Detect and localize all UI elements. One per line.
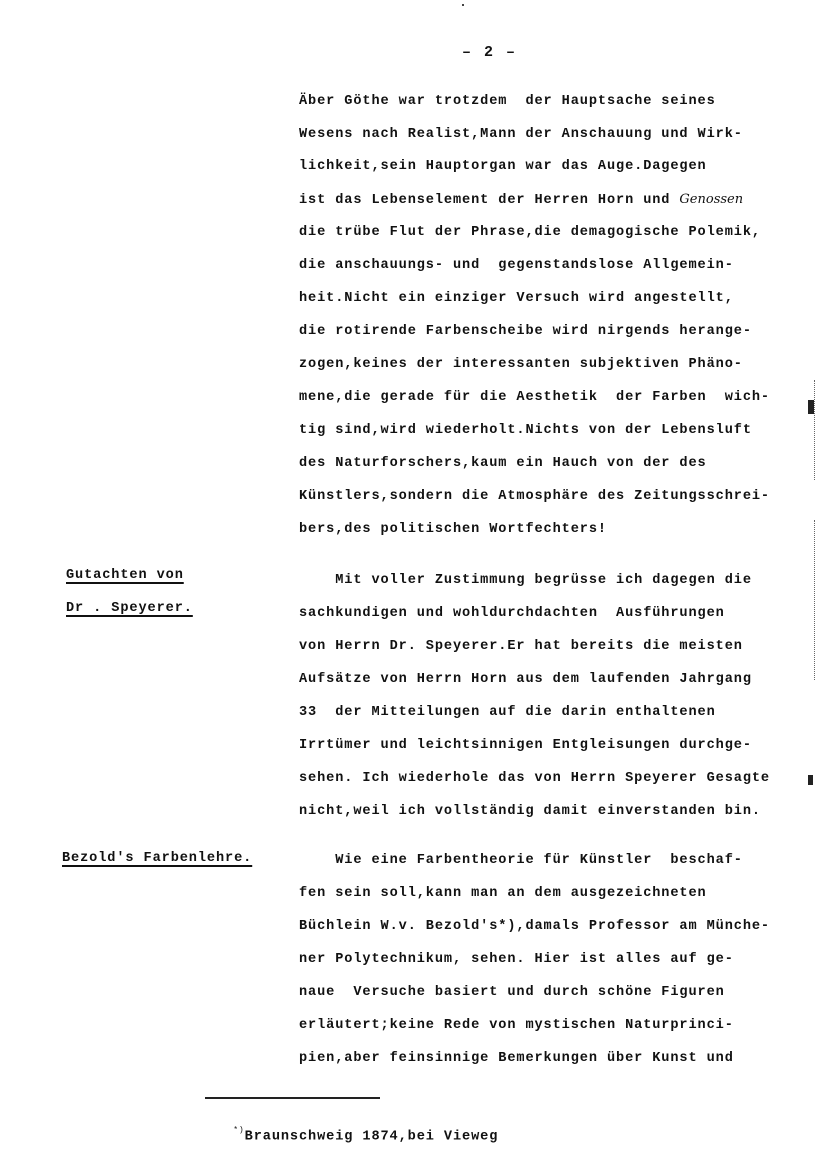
text-line: Mit voller Zustimmung begrüsse ich dageg… <box>299 573 752 589</box>
footnote-text: Braunschweig 1874,bei Vieweg <box>245 1130 499 1145</box>
paragraph-goethe-realist: Äber Göthe war trotzdem der Hauptsache s… <box>299 94 799 334</box>
text-line: die trübe Flut der Phrase,die demagogisc… <box>299 225 761 241</box>
margin-heading-gutachten: Gutachten von <box>66 568 184 583</box>
text-line: nicht,weil ich vollständig damit einvers… <box>299 804 761 820</box>
text-line: von Herrn Dr. Speyerer.Er hat bereits di… <box>299 639 743 655</box>
scan-edge-mark <box>814 380 816 480</box>
text-line: mene,die gerade für die Aesthetik der Fa… <box>299 390 770 406</box>
text-line: fen sein soll,kann man an dem ausgezeich… <box>299 886 707 902</box>
text-line: Künstlers,sondern die Atmosphäre des Zei… <box>299 489 770 505</box>
margin-heading-bezold: Bezold's Farbenlehre. <box>62 851 252 866</box>
text-line: Büchlein W.v. Bezold's*),damals Professo… <box>299 919 770 935</box>
scan-edge-mark <box>814 520 816 680</box>
text-line: heit.Nicht ein einziger Versuch wird ang… <box>299 291 734 307</box>
footnote-marker: *) <box>233 1126 244 1135</box>
page-number: – 2 – <box>462 44 517 61</box>
scan-speck <box>808 400 814 414</box>
text-line: tig sind,wird wiederholt.Nichts von der … <box>299 423 752 439</box>
scan-speck <box>462 4 464 6</box>
text-line: naue Versuche basiert und durch schöne F… <box>299 985 725 1001</box>
text-line: Wie eine Farbentheorie für Künstler besc… <box>299 853 743 869</box>
text-line: Äber Göthe war trotzdem der Hauptsache s… <box>299 94 716 110</box>
text-line: Wesens nach Realist,Mann der Anschauung … <box>299 127 743 143</box>
text-line: Irrtümer und leichtsinnigen Entgleisunge… <box>299 738 752 754</box>
text-line: bers,des politischen Wortfechters! <box>299 522 607 538</box>
text-line: pien,aber feinsinnige Bemerkungen über K… <box>299 1051 734 1067</box>
text-line: ist das Lebenselement der Herren Horn un… <box>299 192 743 209</box>
footnote: *)Braunschweig 1874,bei Vieweg <box>197 1113 498 1160</box>
margin-heading-speyerer: Dr . Speyerer. <box>66 601 193 616</box>
text-line: sachkundigen und wohldurchdachten Ausfüh… <box>299 606 725 622</box>
paragraph-speyerer: Mit voller Zustimmung begrüsse ich dageg… <box>299 573 799 723</box>
text-line: die anschauungs- und gegenstandslose All… <box>299 258 734 274</box>
text-line: ner Polytechnikum, sehen. Hier ist alles… <box>299 952 734 968</box>
document-page: – 2 – Äber Göthe war trotzdem der Haupts… <box>0 0 821 1166</box>
text-line-part: ist das Lebenselement der Herren Horn un… <box>299 193 679 208</box>
text-line: lichkeit,sein Hauptorgan war das Auge.Da… <box>299 159 707 175</box>
text-line: erläutert;keine Rede von mystischen Natu… <box>299 1018 734 1034</box>
paragraph-bezold: Wie eine Farbentheorie für Künstler besc… <box>299 853 799 988</box>
text-line: Aufsätze von Herrn Horn aus dem laufende… <box>299 672 752 688</box>
text-line: die rotirende Farbenscheibe wird nirgend… <box>299 324 752 340</box>
handwritten-insert: Genossen <box>679 192 743 207</box>
text-line: 33 der Mitteilungen auf die darin enthal… <box>299 705 716 721</box>
text-line: zogen,keines der interessanten subjektiv… <box>299 357 743 373</box>
scan-speck <box>808 775 813 785</box>
text-line: sehen. Ich wiederhole das von Herrn Spey… <box>299 771 770 787</box>
footnote-divider <box>205 1097 380 1099</box>
text-line: des Naturforschers,kaum ein Hauch von de… <box>299 456 707 472</box>
